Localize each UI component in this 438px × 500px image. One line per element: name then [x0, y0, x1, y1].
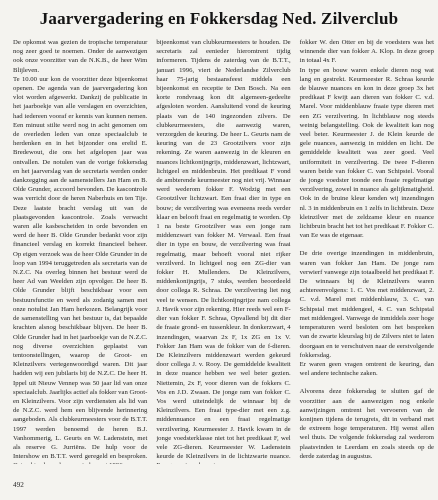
text-column-1: De opkomst was gezien de tropische tempe…: [13, 38, 147, 464]
page-title: Jaarvergadering en Fokkersdag Ned. Zilve…: [0, 0, 438, 35]
text-column-2: bijeenkomst van clubkeurmeesters te houd…: [156, 38, 290, 464]
magazine-page: Jaarvergadering en Fokkersdag Ned. Zilve…: [0, 0, 438, 500]
paragraph: fokker W. den Otter en bij de voedsters …: [300, 38, 434, 66]
paragraph: De opkomst was gezien de tropische tempe…: [13, 38, 147, 75]
paragraph: bijeenkomst van clubkeurmeesters te houd…: [156, 38, 290, 464]
paragraph: De drie overige inzendingen in middenbru…: [300, 249, 434, 359]
paragraph: Alvorens deze fokkersdag te sluiten gaf …: [300, 387, 434, 461]
paragraph: In type en bouw waren enkele dieren nog …: [300, 66, 434, 241]
article-columns: De opkomst was gezien de tropische tempe…: [0, 35, 438, 464]
paragraph: Te 10.00 uur kon de voorzitter deze bije…: [13, 75, 147, 464]
text-column-3: fokker W. den Otter en bij de voedsters …: [300, 38, 434, 464]
page-number: 492: [13, 481, 24, 489]
paragraph: Er waren geen vragen omtrent de keuring,…: [300, 360, 434, 378]
